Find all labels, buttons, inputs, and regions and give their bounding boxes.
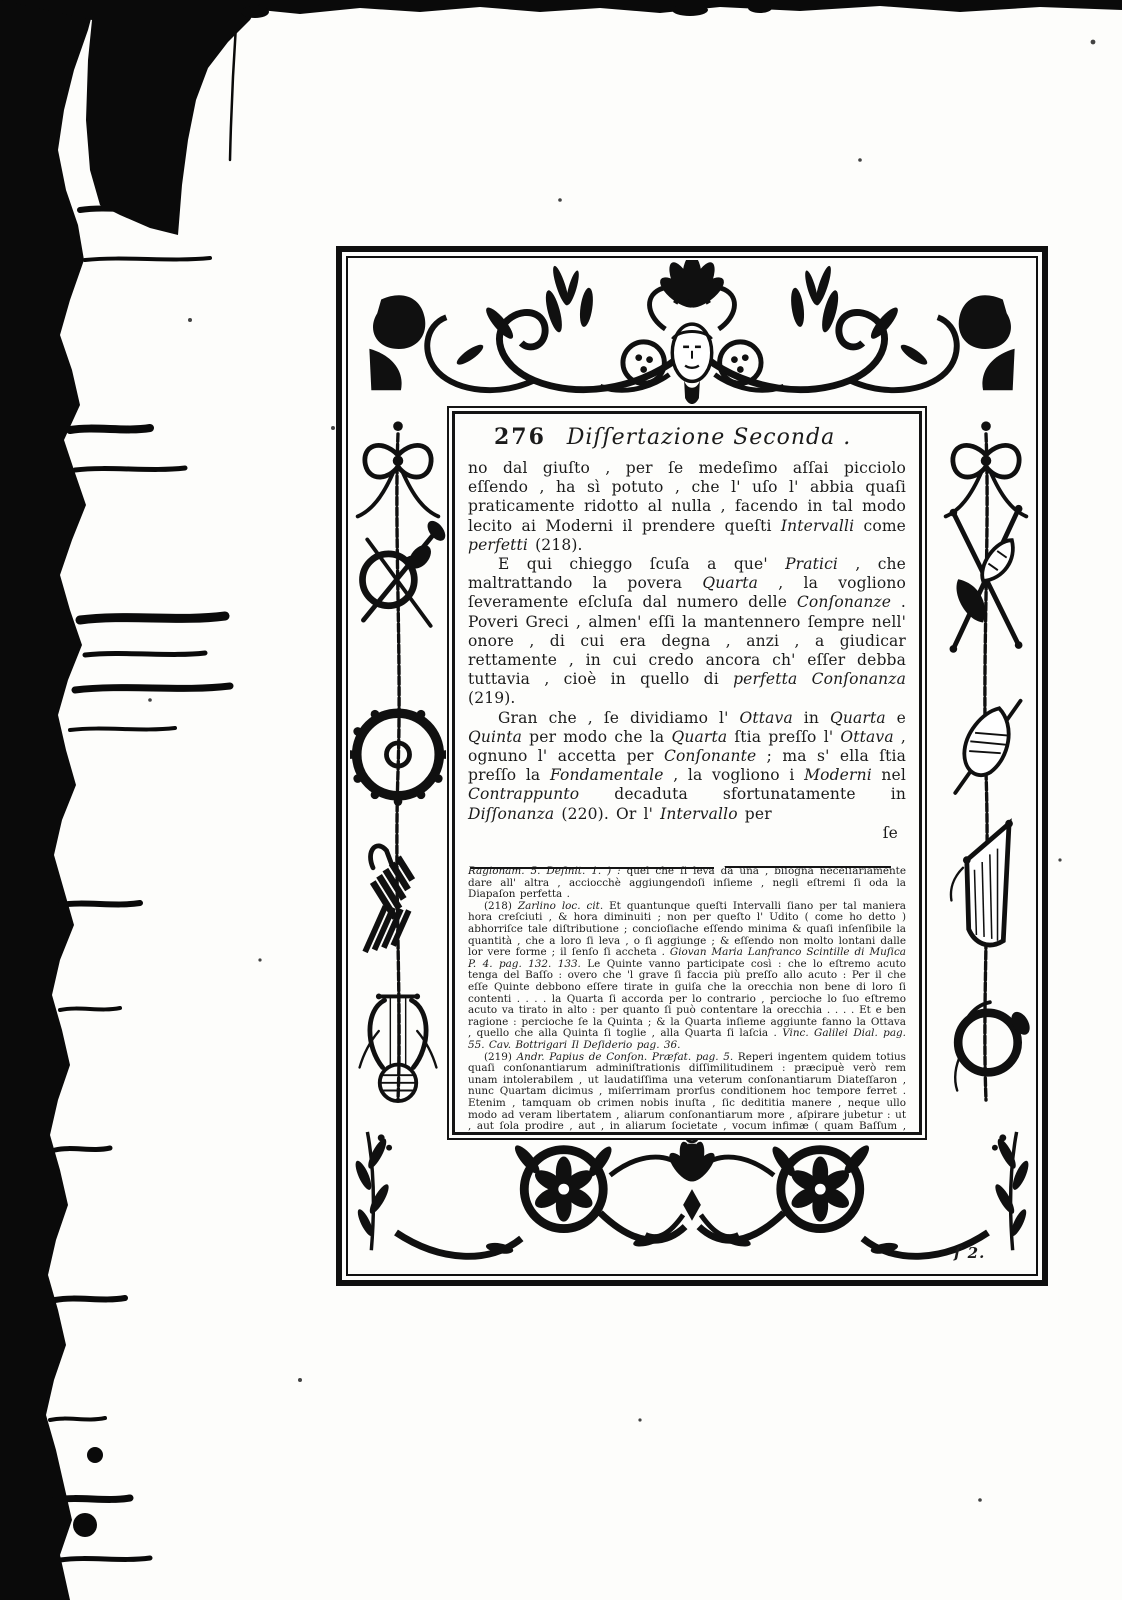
running-title: Diſſertazione Seconda . xyxy=(546,425,906,450)
paragraph-1: no dal giuſto , per ſe medeſimo aſſai pi… xyxy=(468,459,906,555)
footnote-separator-rule xyxy=(470,857,906,861)
page-number: 276 xyxy=(494,424,546,450)
footnote-219: (219) Andr. Papius de Conſon. Præfat. pa… xyxy=(468,1052,906,1135)
footnote-continuation: Ragionam. 5. Definit. 1. ) : quel che ſi… xyxy=(468,866,906,901)
text-block-frame: 276 Diſſertazione Seconda . no dal giuſt… xyxy=(447,406,927,1140)
corner-blot-artifact xyxy=(0,0,262,235)
paragraph-3: Gran che , ſe dividiamo l' Ottava in Qua… xyxy=(468,709,906,824)
right-instrument-trophy-icon xyxy=(938,404,1034,1130)
left-edge-artifact xyxy=(0,0,96,1600)
signature-mark: f 2. xyxy=(954,1244,985,1262)
scanned-page: f 2. 276 Diſſertazione Seconda . no dal … xyxy=(0,0,1122,1600)
footnote-218: (218) Zarlino loc. cit. Et quantunque qu… xyxy=(468,901,906,1052)
rule-segment xyxy=(725,866,891,868)
main-text: no dal giuſto , per ſe medeſimo aſſai pi… xyxy=(468,459,906,843)
catchword: ſe xyxy=(468,824,906,843)
footnotes: Ragionam. 5. Definit. 1. ) : quel che ſi… xyxy=(468,866,906,1135)
text-block: 276 Diſſertazione Seconda . no dal giuſt… xyxy=(452,411,922,1135)
paragraph-2: E qui chieggo ſcuſa a que' Pratici , che… xyxy=(468,555,906,709)
headpiece-mask-acanthus-icon xyxy=(350,260,1034,408)
top-edge-artifact xyxy=(0,0,1122,14)
tailpiece-flowers-scrolls-icon xyxy=(350,1124,1034,1272)
left-instrument-trophy-icon xyxy=(350,404,446,1130)
page-header: 276 Diſſertazione Seconda . xyxy=(468,424,906,450)
